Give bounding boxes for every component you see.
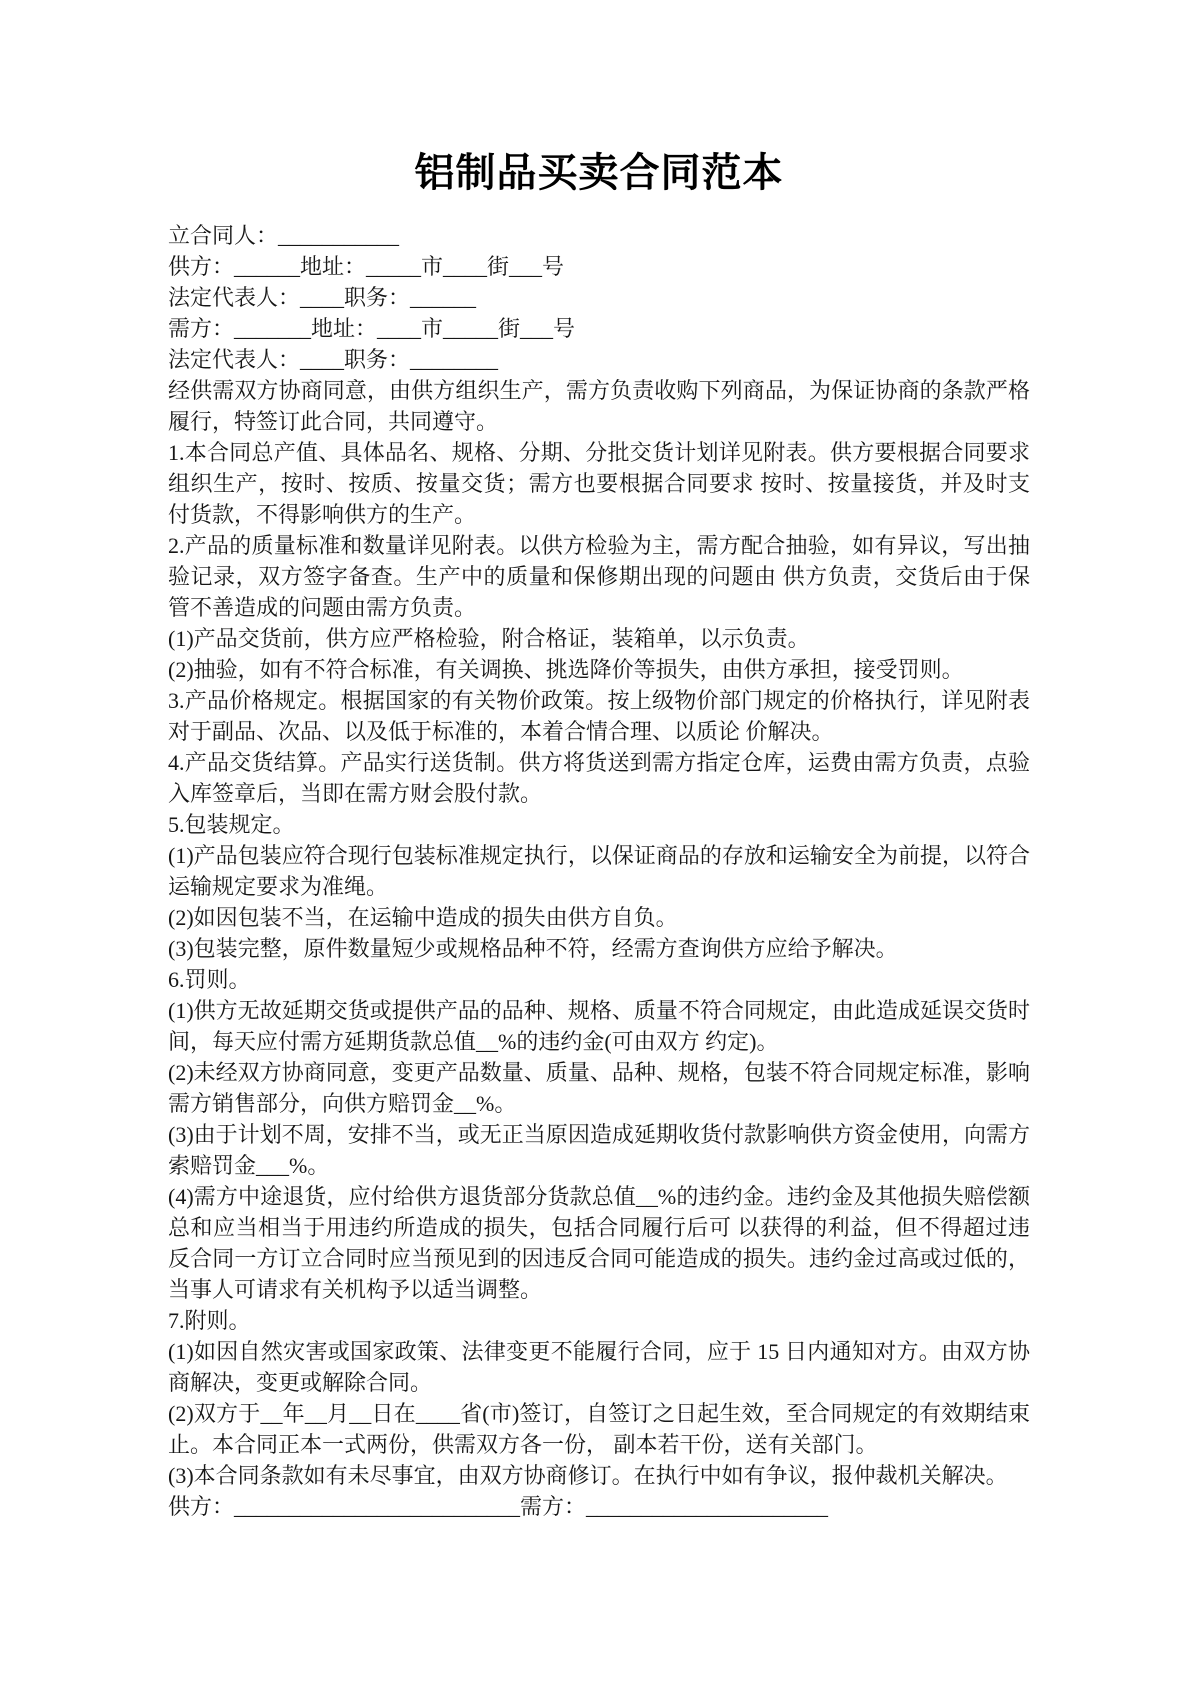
contract-paragraph: 4.产品交货结算。产品实行送货制。供方将货送到需方指定仓库，运费由需方负责，点验…	[168, 747, 1030, 809]
contract-paragraph: 经供需双方协商同意，由供方组织生产，需方负责收购下列商品，为保证协商的条款严格履…	[168, 375, 1030, 437]
contract-paragraph: (1)供方无故延期交货或提供产品的品种、规格、质量不符合同规定，由此造成延误交货…	[168, 995, 1030, 1057]
contract-paragraph: 6.罚则。	[168, 964, 1030, 995]
contract-paragraph: 3.产品价格规定。根据国家的有关物价政策。按上级物价部门规定的价格执行，详见附表…	[168, 685, 1030, 747]
contract-paragraph: 立合同人：___________	[168, 220, 1030, 251]
contract-paragraph: (1)如因自然灾害或国家政策、法律变更不能履行合同，应于 15 日内通知对方。由…	[168, 1336, 1030, 1398]
contract-paragraph: (1)产品包装应符合现行包装标准规定执行，以保证商品的存放和运输安全为前提，以符…	[168, 840, 1030, 902]
contract-paragraph: 2.产品的质量标准和数量详见附表。以供方检验为主，需方配合抽验，如有异议，写出抽…	[168, 530, 1030, 623]
contract-paragraph: 5.包装规定。	[168, 809, 1030, 840]
contract-paragraph: 需方：_______地址：____市_____街___号	[168, 313, 1030, 344]
contract-page: 铝制品买卖合同范本 立合同人：___________供方：______地址：__…	[0, 0, 1190, 1683]
contract-paragraph: (3)本合同条款如有未尽事宜，由双方协商修订。在执行中如有争议，报仲裁机关解决。	[168, 1460, 1030, 1491]
contract-paragraph: 1.本合同总产值、具体品名、规格、分期、分批交货计划详见附表。供方要根据合同要求…	[168, 437, 1030, 530]
contract-paragraph: (4)需方中途退货，应付给供方退货部分货款总值__%的违约金。违约金及其他损失赔…	[168, 1181, 1030, 1305]
contract-paragraph: (2)如因包装不当，在运输中造成的损失由供方自负。	[168, 902, 1030, 933]
contract-paragraph: 法定代表人：____职务：________	[168, 344, 1030, 375]
contract-body: 立合同人：___________供方：______地址：_____市____街_…	[168, 220, 1030, 1522]
contract-paragraph: (2)抽验，如有不符合标准，有关调换、挑选降价等损失，由供方承担，接受罚则。	[168, 654, 1030, 685]
contract-paragraph: 供方：______地址：_____市____街___号	[168, 251, 1030, 282]
contract-paragraph: 7.附则。	[168, 1305, 1030, 1336]
contract-title: 铝制品买卖合同范本	[168, 146, 1030, 200]
contract-paragraph: (2)未经双方协商同意，变更产品数量、质量、品种、规格，包装不符合同规定标准，影…	[168, 1057, 1030, 1119]
contract-paragraph: (2)双方于__年__月__日在____省(市)签订，自签订之日起生效，至合同规…	[168, 1398, 1030, 1460]
contract-paragraph: (3)由于计划不周，安排不当，或无正当原因造成延期收货付款影响供方资金使用，向需…	[168, 1119, 1030, 1181]
signature-line: 供方：__________________________需方：________…	[168, 1491, 1030, 1522]
contract-paragraph: 法定代表人：____职务：______	[168, 282, 1030, 313]
contract-paragraph: (1)产品交货前，供方应严格检验，附合格证，装箱单，以示负责。	[168, 623, 1030, 654]
contract-paragraph: (3)包装完整，原件数量短少或规格品种不符，经需方查询供方应给予解决。	[168, 933, 1030, 964]
